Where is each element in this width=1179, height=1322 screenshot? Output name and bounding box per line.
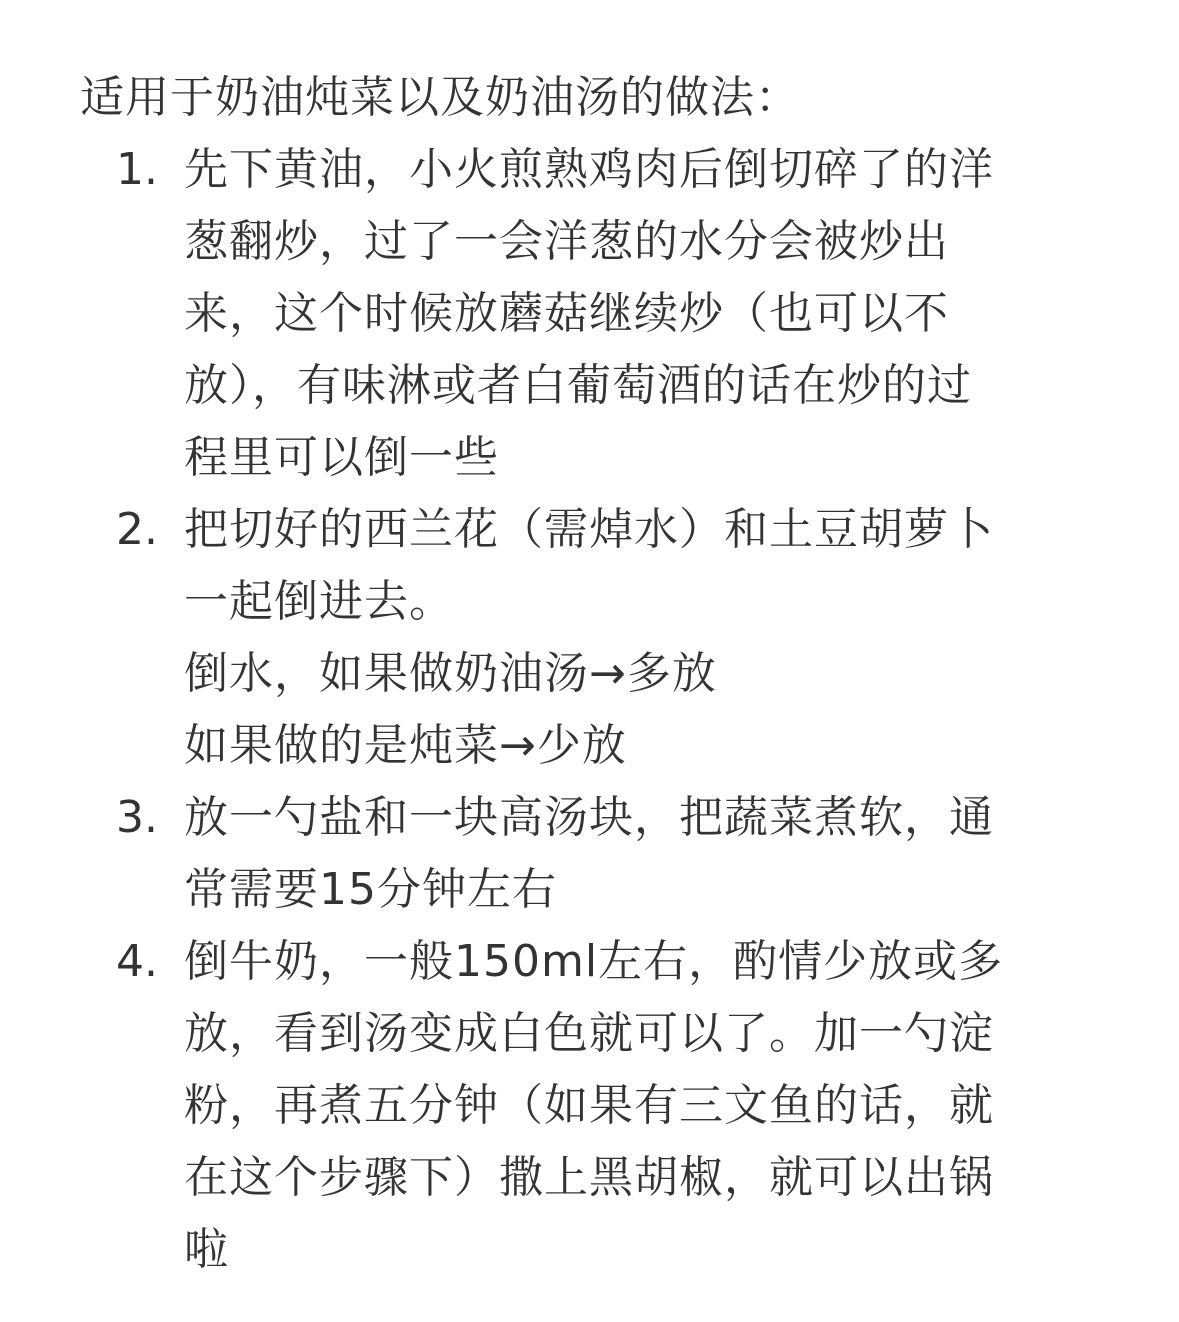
step-item-1: 1. 先下黄油，小火煎熟鸡肉后倒切碎了的洋 葱翻炒，过了一会洋葱的水分会被炒出 … <box>80 134 1110 494</box>
step-item-2: 2. 把切好的西兰花（需焯水）和土豆胡萝卜 一起倒进去。 倒水，如果做奶油汤→多… <box>80 494 1110 782</box>
step-text-line: 如果做的是炖菜→少放 <box>184 710 1110 782</box>
step-text-line: 放），有味淋或者白葡萄酒的话在炒的过 <box>184 350 1110 422</box>
step-text-line: 粉，再煮五分钟（如果有三文鱼的话，就 <box>184 1070 1110 1142</box>
step-text-line: 来，这个时候放蘑菇继续炒（也可以不 <box>184 278 1110 350</box>
step-text-line: 先下黄油，小火煎熟鸡肉后倒切碎了的洋 <box>184 134 1110 206</box>
step-number: 1. <box>116 134 176 206</box>
recipe-steps-list: 1. 先下黄油，小火煎熟鸡肉后倒切碎了的洋 葱翻炒，过了一会洋葱的水分会被炒出 … <box>80 134 1110 1286</box>
step-text-line: 程里可以倒一些 <box>184 422 1110 494</box>
step-text-line: 常需要15分钟左右 <box>184 854 1110 926</box>
step-text-line: 放一勺盐和一块高汤块，把蔬菜煮软，通 <box>184 782 1110 854</box>
step-item-4: 4. 倒牛奶，一般150ml左右，酌情少放或多 放，看到汤变成白色就可以了。加一… <box>80 926 1110 1286</box>
step-number: 4. <box>116 926 176 998</box>
recipe-intro-heading: 适用于奶油炖菜以及奶油汤的做法： <box>80 62 1110 134</box>
step-text-line: 倒水，如果做奶油汤→多放 <box>184 638 1110 710</box>
step-text-line: 一起倒进去。 <box>184 566 1110 638</box>
step-text-line: 啦 <box>184 1214 1110 1286</box>
step-number: 2. <box>116 494 176 566</box>
recipe-document: 适用于奶油炖菜以及奶油汤的做法： 1. 先下黄油，小火煎熟鸡肉后倒切碎了的洋 葱… <box>80 62 1110 1286</box>
step-text-line: 葱翻炒，过了一会洋葱的水分会被炒出 <box>184 206 1110 278</box>
step-text-line: 把切好的西兰花（需焯水）和土豆胡萝卜 <box>184 494 1110 566</box>
step-number: 3. <box>116 782 176 854</box>
step-text-line: 放，看到汤变成白色就可以了。加一勺淀 <box>184 998 1110 1070</box>
step-text-line: 倒牛奶，一般150ml左右，酌情少放或多 <box>184 926 1110 998</box>
step-item-3: 3. 放一勺盐和一块高汤块，把蔬菜煮软，通 常需要15分钟左右 <box>80 782 1110 926</box>
step-text-line: 在这个步骤下）撒上黑胡椒，就可以出锅 <box>184 1142 1110 1214</box>
